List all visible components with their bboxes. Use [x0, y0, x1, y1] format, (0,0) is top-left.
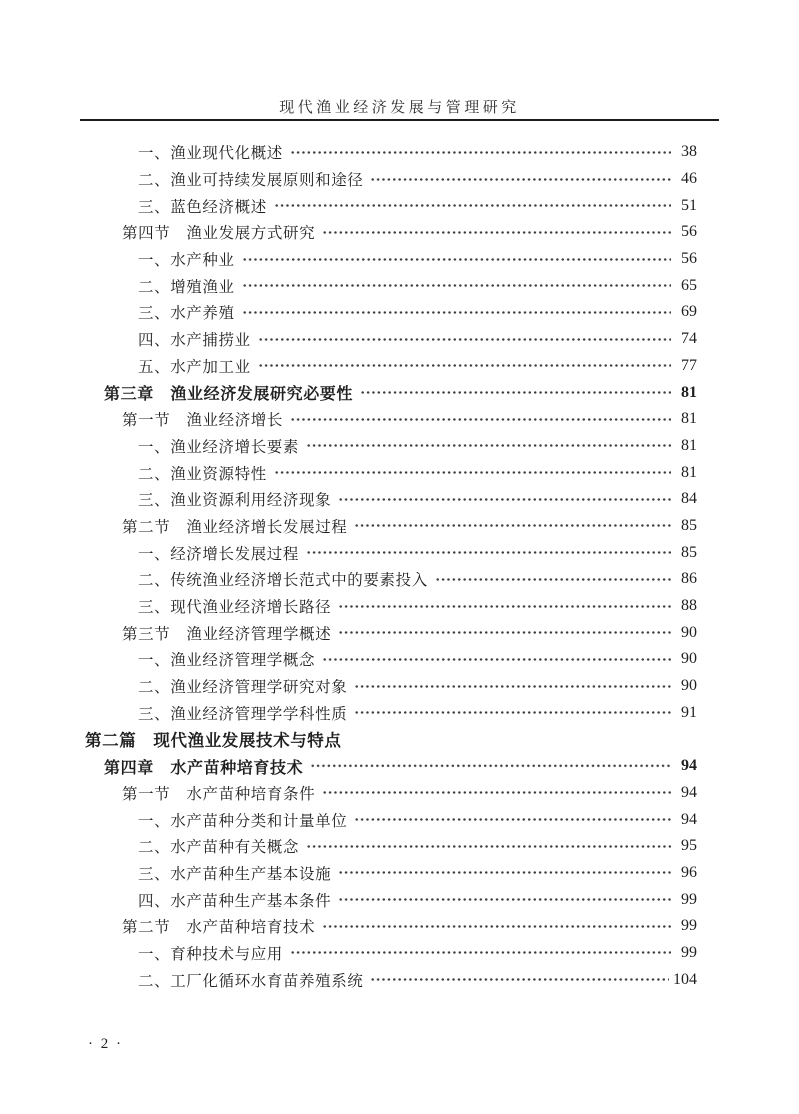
dot-leader: [360, 384, 671, 402]
dot-leader: [306, 838, 671, 855]
toc-entry: 第一节 渔业经济增长 81: [85, 406, 697, 433]
toc-entry-page: 81: [675, 410, 697, 428]
toc-entry-page: 81: [675, 384, 697, 402]
toc-entry: 一、育种技术与应用 99: [85, 940, 697, 967]
toc-entry: 二、水产苗种有关概念 95: [85, 833, 697, 860]
toc-entry-page: 88: [675, 597, 697, 615]
dot-leader: [354, 704, 671, 721]
toc-entry-page: 56: [675, 223, 697, 241]
toc-entry-label: 四、水产捕捞业: [138, 328, 251, 350]
toc-entry: 二、工厂化循环水育苗养殖系统 104: [85, 966, 697, 993]
toc-entry: 三、现代渔业经济增长路径 88: [85, 593, 697, 620]
toc-entry-label: 四、水产苗种生产基本条件: [138, 889, 331, 911]
toc-entry: 三、渔业资源利用经济现象 84: [85, 486, 697, 513]
dot-leader: [274, 464, 671, 481]
dot-leader: [290, 411, 671, 428]
dot-leader: [338, 491, 671, 508]
toc-entry-page: 95: [675, 837, 697, 855]
toc-entry-label: 第一节 渔业经济增长: [122, 408, 283, 430]
dot-leader: [258, 331, 671, 348]
toc-entry: 二、增殖渔业 65: [85, 272, 697, 299]
toc-entry-page: 51: [675, 197, 697, 215]
toc-entry: 第三节 渔业经济管理学概述 90: [85, 619, 697, 646]
toc-entry-label: 二、水产苗种有关概念: [138, 835, 299, 857]
toc-entry-label: 一、渔业经济增长要素: [138, 435, 299, 457]
toc-entry-page: 69: [675, 303, 697, 321]
toc-entry-label: 第三节 渔业经济管理学概述: [122, 622, 331, 644]
toc-entry: 一、经济增长发展过程 85: [85, 539, 697, 566]
running-head-title: 现代渔业经济发展与管理研究: [0, 96, 799, 117]
dot-leader: [310, 757, 671, 775]
toc-entry: 二、渔业可持续发展原则和途径 46: [85, 166, 697, 193]
toc-entry-label: 一、经济增长发展过程: [138, 542, 299, 564]
toc-entry: 第三章 渔业经济发展研究必要性 81: [85, 379, 697, 406]
toc-entry: 二、渔业资源特性 81: [85, 459, 697, 486]
toc-entry-page: 84: [675, 490, 697, 508]
toc-entry-label: 第三章 渔业经济发展研究必要性: [104, 381, 353, 404]
header-rule: [80, 119, 719, 121]
toc-entry-page: 74: [675, 330, 697, 348]
toc-entry: 三、水产苗种生产基本设施 96: [85, 860, 697, 887]
dot-leader: [306, 437, 671, 454]
dot-leader: [242, 304, 671, 321]
toc-entry-label: 二、渔业可持续发展原则和途径: [138, 168, 363, 190]
dot-leader: [354, 678, 671, 695]
toc-entry: 第四节 渔业发展方式研究 56: [85, 219, 697, 246]
toc-entry: 一、水产种业 56: [85, 246, 697, 273]
toc-entry: 第四章 水产苗种培育技术 94: [85, 753, 697, 780]
toc-entry-page: 90: [675, 650, 697, 668]
toc-entry-page: 94: [675, 784, 697, 802]
toc-entry-page: 81: [675, 437, 697, 455]
toc-entry-label: 三、现代渔业经济增长路径: [138, 595, 331, 617]
toc-entry: 三、渔业经济管理学学科性质 91: [85, 699, 697, 726]
dot-leader: [338, 891, 671, 908]
dot-leader: [370, 171, 671, 188]
toc-entry: 第一节 水产苗种培育条件 94: [85, 780, 697, 807]
dot-leader: [290, 144, 671, 161]
toc-entry: 一、渔业现代化概述 38: [85, 139, 697, 166]
toc-entry: 第二节 水产苗种培育技术 99: [85, 913, 697, 940]
toc-list: 一、渔业现代化概述 38 二、渔业可持续发展原则和途径 46 三、蓝色经济概述 …: [85, 139, 697, 993]
dot-leader: [306, 544, 671, 561]
dot-leader: [354, 811, 671, 828]
toc-entry-page: 99: [675, 891, 697, 909]
toc-entry-label: 第一节 水产苗种培育条件: [122, 782, 315, 804]
toc-entry-page: 38: [675, 143, 697, 161]
book-toc-page: 现代渔业经济发展与管理研究 一、渔业现代化概述 38 二、渔业可持续发展原则和途…: [0, 0, 799, 1114]
toc-entry-label: 三、渔业经济管理学学科性质: [138, 702, 347, 724]
toc-entry-page: 85: [675, 517, 697, 535]
toc-entry-label: 一、育种技术与应用: [138, 942, 283, 964]
toc-entry: 二、渔业经济管理学研究对象 90: [85, 673, 697, 700]
toc-entry-page: 96: [675, 864, 697, 882]
toc-entry-page: 90: [675, 624, 697, 642]
dot-leader: [322, 784, 671, 801]
toc-entry: 第二篇 现代渔业发展技术与特点: [85, 726, 697, 753]
toc-entry-page: 85: [675, 544, 697, 562]
toc-entry-label: 二、增殖渔业: [138, 275, 235, 297]
toc-entry: 一、渔业经济增长要素 81: [85, 433, 697, 460]
toc-entry: 三、蓝色经济概述 51: [85, 192, 697, 219]
toc-entry-page: 99: [675, 944, 697, 962]
dot-leader: [290, 944, 671, 961]
toc-entry: 一、渔业经济管理学概念 90: [85, 646, 697, 673]
toc-entry-page: 86: [675, 570, 697, 588]
dot-leader: [338, 598, 671, 615]
toc-entry-label: 一、渔业现代化概述: [138, 141, 283, 163]
toc-entry-label: 一、水产种业: [138, 248, 235, 270]
toc-entry-page: 90: [675, 677, 697, 695]
dot-leader: [435, 571, 671, 588]
toc-entry-label: 第四章 水产苗种培育技术: [104, 755, 303, 778]
dot-leader: [274, 197, 671, 214]
toc-entry-label: 三、渔业资源利用经济现象: [138, 488, 331, 510]
toc-entry-page: 94: [675, 757, 697, 775]
dot-leader: [242, 277, 671, 294]
toc-entry-label: 第二节 水产苗种培育技术: [122, 915, 315, 937]
dot-leader: [338, 624, 671, 641]
dot-leader: [242, 251, 671, 268]
toc-entry-label: 三、水产苗种生产基本设施: [138, 862, 331, 884]
dot-leader: [338, 864, 671, 881]
toc-entry-label: 一、渔业经济管理学概念: [138, 648, 315, 670]
toc-entry-page: 65: [675, 277, 697, 295]
toc-entry-label: 一、水产苗种分类和计量单位: [138, 809, 347, 831]
toc-entry-label: 二、工厂化循环水育苗养殖系统: [138, 969, 363, 991]
toc-entry: 一、水产苗种分类和计量单位 94: [85, 806, 697, 833]
dot-leader: [322, 918, 671, 935]
toc-entry: 二、传统渔业经济增长范式中的要素投入 86: [85, 566, 697, 593]
toc-entry: 三、水产养殖 69: [85, 299, 697, 326]
dot-leader: [258, 357, 671, 374]
toc-entry-label: 二、传统渔业经济增长范式中的要素投入: [138, 568, 428, 590]
toc-entry: 四、水产捕捞业 74: [85, 326, 697, 353]
dot-leader: [322, 651, 671, 668]
dot-leader: [370, 971, 669, 988]
toc-entry-page: 81: [675, 464, 697, 482]
toc-entry-page: 56: [675, 250, 697, 268]
toc-entry-label: 五、水产加工业: [138, 355, 251, 377]
toc-entry: 五、水产加工业 77: [85, 353, 697, 380]
toc-entry-label: 二、渔业资源特性: [138, 462, 267, 484]
dot-leader: [322, 224, 671, 241]
toc-entry-label: 三、蓝色经济概述: [138, 195, 267, 217]
toc-entry-page: 94: [675, 811, 697, 829]
toc-entry-page: 104: [673, 971, 697, 989]
toc-entry-label: 第二节 渔业经济增长发展过程: [122, 515, 347, 537]
toc-entry-label: 二、渔业经济管理学研究对象: [138, 675, 347, 697]
toc-entry-page: 46: [675, 170, 697, 188]
toc-entry-page: 77: [675, 357, 697, 375]
page-number: · 2 ·: [88, 1036, 123, 1053]
toc-entry-label: 第四节 渔业发展方式研究: [122, 221, 315, 243]
toc-entry-page: 91: [675, 704, 697, 722]
toc-entry-page: 99: [675, 917, 697, 935]
toc-entry-label: 第二篇 现代渔业发展技术与特点: [85, 727, 342, 751]
toc-entry: 四、水产苗种生产基本条件 99: [85, 886, 697, 913]
dot-leader: [354, 517, 671, 534]
toc-entry-label: 三、水产养殖: [138, 301, 235, 323]
toc-entry: 第二节 渔业经济增长发展过程 85: [85, 513, 697, 540]
